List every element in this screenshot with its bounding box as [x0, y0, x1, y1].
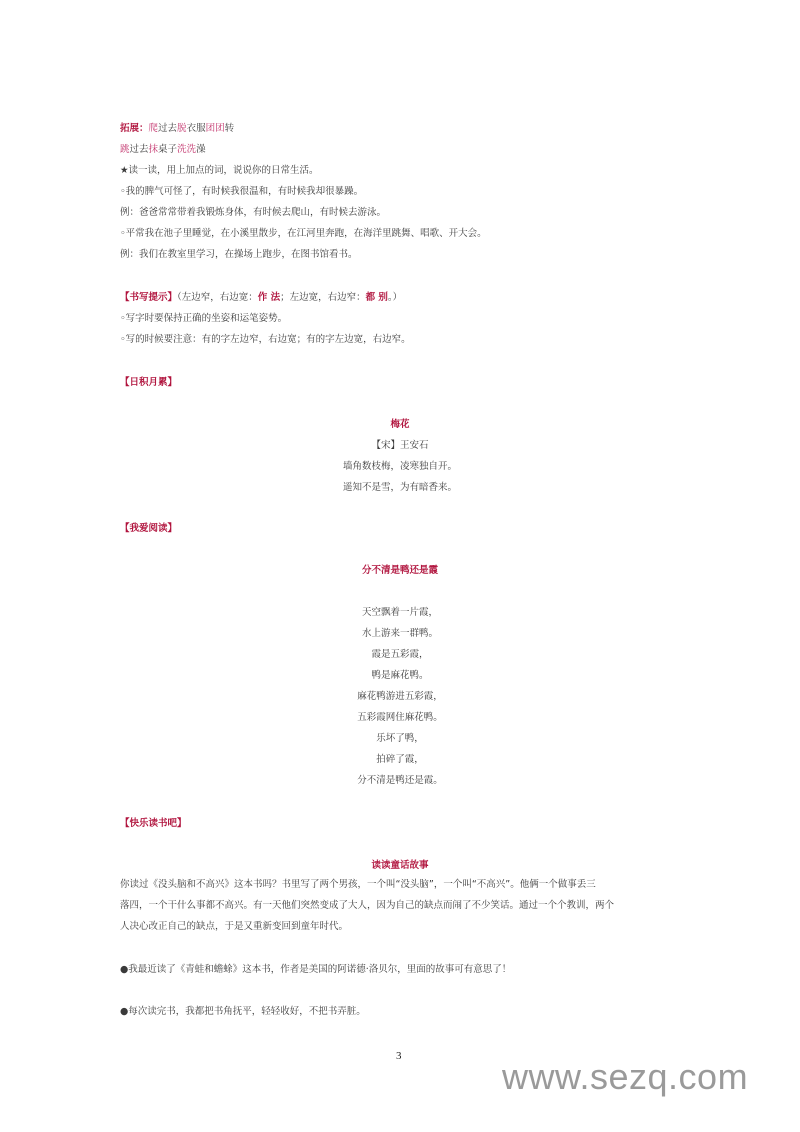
expansion-line-1: 拓展：爬过去脱衣服团团转 — [120, 122, 234, 136]
poem-line: 麻花鸭游进五彩霞， — [0, 690, 800, 704]
section-heading: 【快乐读书吧】 — [120, 817, 187, 831]
story-paragraph-line: 你读过《没头脑和不高兴》这本书吗？书里写了两个男孩，一个叫“没头脑”，一个叫“不… — [120, 878, 596, 892]
practice-example: 例：爸爸常常带着我锻炼身体，有时候去爬山，有时候去游泳。 — [120, 206, 386, 220]
watermark: www.sezq.com — [502, 1056, 748, 1098]
expansion-text: 桌子 — [158, 144, 177, 155]
writing-tip-item: ◦写的时候要注意：有的字左边窄，右边宽；有的字左边宽，右边窄。 — [120, 333, 411, 347]
story-paragraph-line: 落四，一个干什么事都不高兴。有一天他们突然变成了大人，因为自己的缺点而闹了不少笑… — [120, 899, 614, 913]
reading-instruction: ★读一读，用上加点的词，说说你的日常生活。 — [120, 164, 319, 178]
poem-author: 【宋】王安石 — [0, 439, 800, 453]
poem-line: 墙角数枝梅，凌寒独自开。 — [0, 460, 800, 474]
expansion-text: 过去 — [158, 123, 177, 134]
note-text: ；左边宽，右边窄： — [280, 292, 366, 303]
reading-item: ●我最近读了《青蛙和蟾蜍》这本书，作者是美国的阿诺德·洛贝尔，里面的故事可有意思… — [120, 963, 511, 977]
poem-line: 天空飘着一片霞， — [0, 606, 800, 620]
note-text: （左边窄，右边宽： — [177, 292, 258, 303]
expansion-line-2: 跳过去抹桌子洗洗澡 — [120, 143, 206, 157]
poem-title: 分不清是鸭还是霞 — [0, 564, 800, 578]
practice-item: ◦我的脾气可怪了，有时候我很温和，有时候我却很暴躁。 — [120, 185, 363, 199]
expansion-text: 转 — [225, 123, 235, 134]
expansion-text: 衣服 — [187, 123, 206, 134]
poem-line: 霞是五彩霞， — [0, 648, 800, 662]
poem-line: 鸭是麻花鸭。 — [0, 669, 800, 683]
poem-line: 拍碎了霞， — [0, 753, 800, 767]
expansion-text: 澡 — [196, 144, 206, 155]
reading-item: ●每次读完书，我都把书角抚平，轻轻收好，不把书弄脏。 — [120, 1005, 366, 1019]
poem-line: 分不清是鸭还是霞。 — [0, 774, 800, 788]
practice-example: 例：我们在教室里学习，在操场上跑步，在图书馆看书。 — [120, 248, 358, 262]
example-chars: 都 别 — [366, 292, 388, 303]
expansion-word: 团团 — [206, 123, 225, 134]
story-paragraph-line: 人决心改正自己的缺点，于是又重新变回到童年时代。 — [120, 920, 348, 934]
section-heading: 【我爱阅读】 — [120, 522, 177, 536]
section-heading: 【书写提示】 — [120, 292, 177, 303]
story-title: 读读童话故事 — [0, 859, 800, 873]
page-number: 3 — [396, 1050, 402, 1062]
section-heading: 【日积月累】 — [120, 376, 177, 390]
writing-tips-header: 【书写提示】（左边窄，右边宽：作 法；左边宽，右边窄：都 别。） — [120, 291, 402, 305]
poem-line: 遥知不是雪，为有暗香来。 — [0, 481, 800, 495]
poem-line: 水上游来一群鸭。 — [0, 627, 800, 641]
expansion-word: 洗洗 — [177, 144, 196, 155]
expansion-label: 拓展： — [120, 123, 149, 134]
poem-line: 五彩霞网住麻花鸭。 — [0, 711, 800, 725]
writing-tip-item: ◦写字时要保持正确的坐姿和运笔姿势。 — [120, 312, 287, 326]
expansion-word: 脱 — [177, 123, 187, 134]
expansion-text: 过去 — [130, 144, 149, 155]
note-text: 。） — [388, 292, 402, 303]
example-chars: 作 法 — [258, 292, 280, 303]
practice-item: ◦平常我在池子里睡觉，在小溪里散步，在江河里奔跑，在海洋里跳舞、唱歌、开大会。 — [120, 227, 487, 241]
expansion-word: 爬 — [149, 123, 159, 134]
poem-line: 乐坏了鸭， — [0, 732, 800, 746]
expansion-word: 跳 — [120, 144, 130, 155]
poem-title: 梅花 — [0, 418, 800, 432]
expansion-word: 抹 — [149, 144, 159, 155]
